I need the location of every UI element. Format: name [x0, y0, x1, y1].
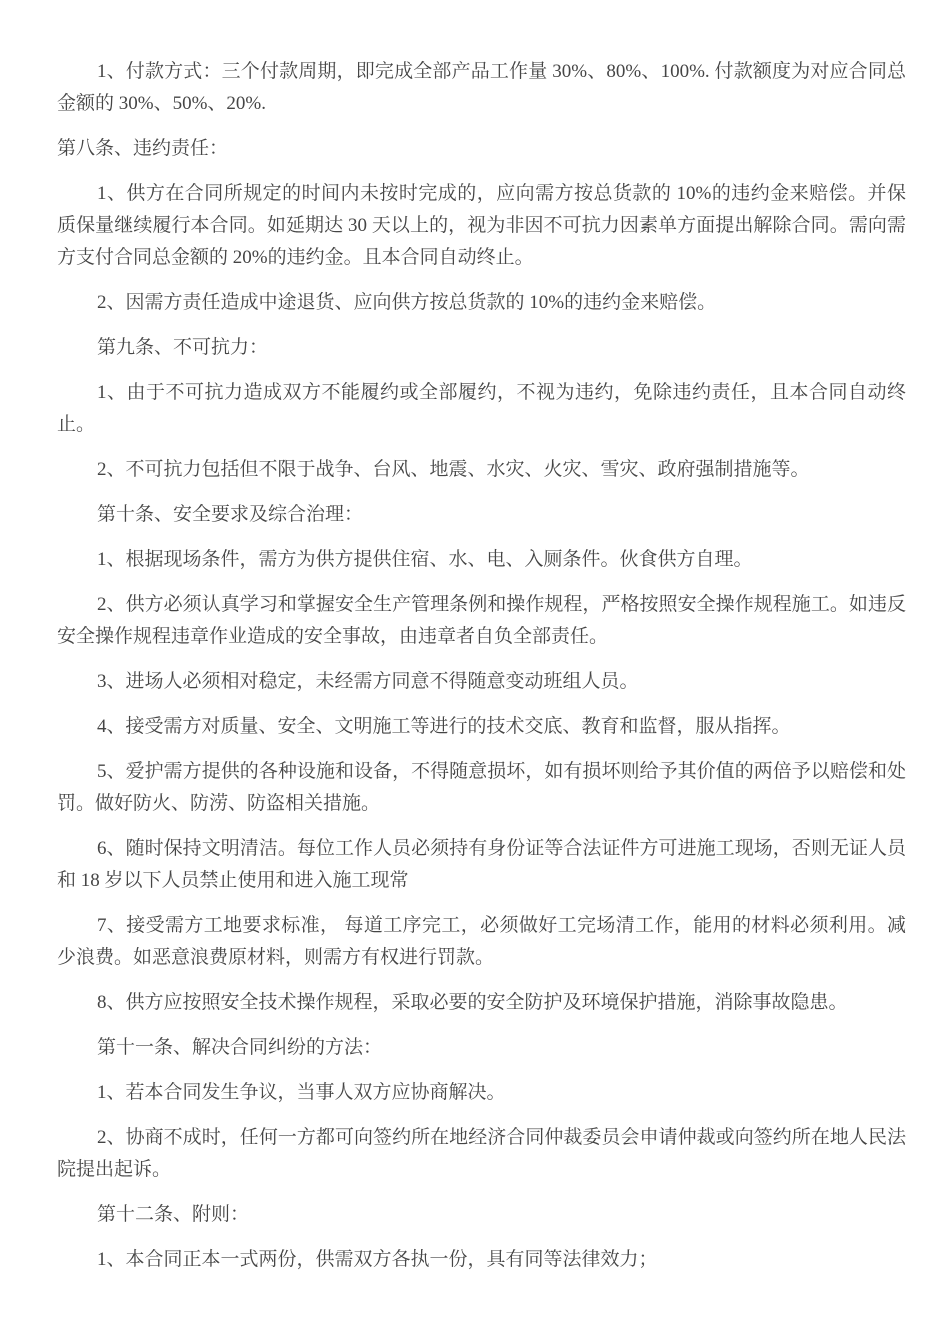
- paragraph-safety-item-5: 5、爱护需方提供的各种设施和设备，不得随意损坏，如有损坏则给予其价值的两倍予以赔…: [57, 756, 906, 820]
- heading-article-11-dispute-resolution: 第十一条、解决合同纠纷的方法：: [57, 1032, 906, 1064]
- paragraph-payment-method: 1、付款方式：三个付款周期，即完成全部产品工作量 30%、80%、100%. 付…: [57, 56, 906, 120]
- paragraph-safety-item-1: 1、根据现场条件，需方为供方提供住宿、水、电、入厕条件。伙食供方自理。: [57, 544, 906, 576]
- paragraph-safety-item-6: 6、随时保持文明清洁。每位工作人员必须持有身份证等合法证件方可进施工现场，否则无…: [57, 833, 906, 897]
- heading-article-9-force-majeure: 第九条、不可抗力：: [57, 332, 906, 364]
- paragraph-breach-item-1: 1、供方在合同所规定的时间内未按时完成的，应向需方按总货款的 10%的违约金来赔…: [57, 178, 906, 274]
- heading-article-8-breach-liability: 第八条、违约责任：: [57, 133, 906, 165]
- contract-document-page: 1、付款方式：三个付款周期，即完成全部产品工作量 30%、80%、100%. 付…: [0, 0, 950, 1344]
- paragraph-safety-item-4: 4、接受需方对质量、安全、文明施工等进行的技术交底、教育和监督，服从指挥。: [57, 711, 906, 743]
- paragraph-dispute-item-1: 1、若本合同发生争议，当事人双方应协商解决。: [57, 1077, 906, 1109]
- paragraph-dispute-item-2: 2、协商不成时，任何一方都可向签约所在地经济合同仲裁委员会申请仲裁或向签约所在地…: [57, 1122, 906, 1186]
- paragraph-breach-item-2: 2、因需方责任造成中途退货、应向供方按总货款的 10%的违约金来赔偿。: [57, 287, 906, 319]
- heading-article-10-safety-requirements: 第十条、安全要求及综合治理：: [57, 499, 906, 531]
- paragraph-force-majeure-item-2: 2、不可抗力包括但不限于战争、台风、地震、水灾、火灾、雪灾、政府强制措施等。: [57, 454, 906, 486]
- paragraph-safety-item-2: 2、供方必须认真学习和掌握安全生产管理条例和操作规程，严格按照安全操作规程施工。…: [57, 589, 906, 653]
- paragraph-safety-item-8: 8、供方应按照安全技术操作规程，采取必要的安全防护及环境保护措施，消除事故隐患。: [57, 987, 906, 1019]
- paragraph-supplementary-item-1: 1、本合同正本一式两份，供需双方各执一份，具有同等法律效力；: [57, 1244, 906, 1276]
- paragraph-force-majeure-item-1: 1、由于不可抗力造成双方不能履约或全部履约，不视为违约，免除违约责任，且本合同自…: [57, 377, 906, 441]
- paragraph-safety-item-3: 3、进场人必须相对稳定，未经需方同意不得随意变动班组人员。: [57, 666, 906, 698]
- heading-article-12-supplementary: 第十二条、附则：: [57, 1199, 906, 1231]
- paragraph-safety-item-7: 7、接受需方工地要求标准， 每道工序完工，必须做好工完场清工作，能用的材料必须利…: [57, 910, 906, 974]
